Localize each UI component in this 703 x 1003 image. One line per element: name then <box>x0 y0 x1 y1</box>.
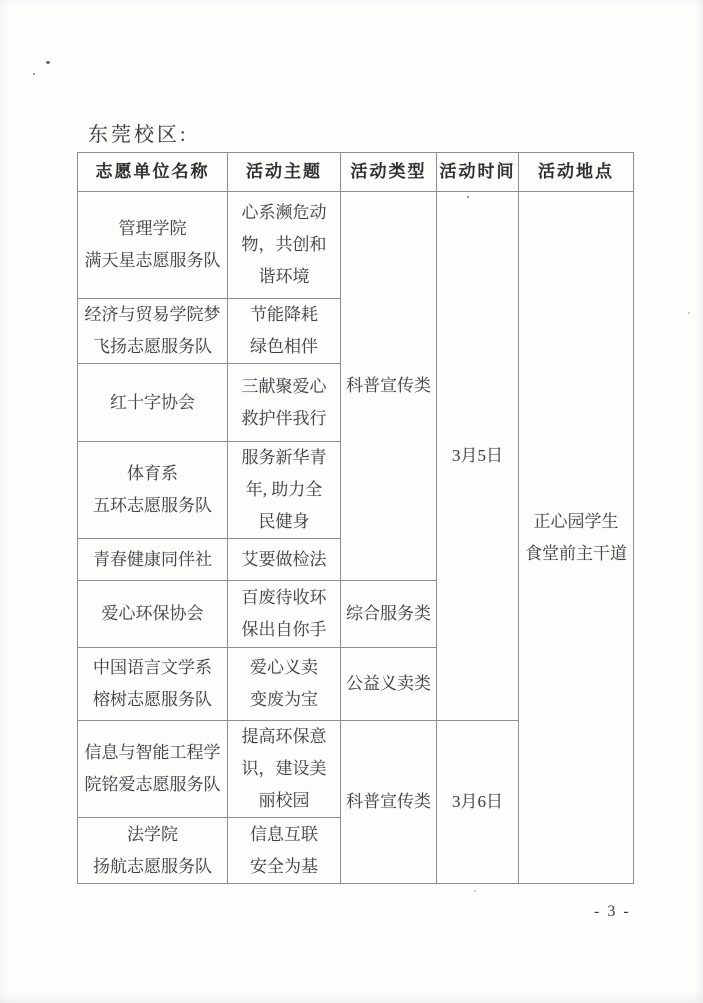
time-cell: 3月5日 <box>437 192 519 721</box>
table-row: 管理学院 满天星志愿服务队 心系濒危动 物，共创和 谐环境 科普宣传类 3月5日… <box>78 192 634 299</box>
type-cell: 综合服务类 <box>341 581 437 648</box>
unit-cell: 红十字协会 <box>78 364 228 442</box>
unit-cell: 经济与贸易学院梦 飞扬志愿服务队 <box>78 299 228 364</box>
scan-speck <box>474 890 476 892</box>
col-header-type: 活动类型 <box>341 153 437 192</box>
theme-cell: 节能降耗 绿色相伴 <box>228 299 341 364</box>
theme-cell: 艾要做检法 <box>228 539 341 581</box>
unit-cell: 爱心环保协会 <box>78 581 228 648</box>
page-number: - 3 - <box>594 903 631 921</box>
campus-title: 东莞校区: <box>88 118 189 147</box>
theme-cell: 服务新华青 年, 助力全 民健身 <box>228 442 341 539</box>
col-header-unit: 志愿单位名称 <box>78 153 228 192</box>
col-header-time: 活动时间 <box>437 153 519 192</box>
activities-table: 志愿单位名称 活动主题 活动类型 活动时间 活动地点 管理学院 满天星志愿服务队… <box>77 152 634 884</box>
scan-speck <box>467 196 469 198</box>
unit-cell: 管理学院 满天星志愿服务队 <box>78 192 228 299</box>
scanned-page: 东莞校区: 志愿单位名称 活动主题 活动类型 活动时间 活动地点 管理学院 满天… <box>0 0 703 1003</box>
col-header-location: 活动地点 <box>519 153 634 192</box>
theme-cell: 百废待收环 保出自你手 <box>228 581 341 648</box>
theme-cell: 信息互联 安全为基 <box>228 818 341 884</box>
unit-cell: 中国语言文学系 榕树志愿服务队 <box>78 648 228 721</box>
type-cell: 公益义卖类 <box>341 648 437 721</box>
scan-speck <box>688 312 690 314</box>
theme-cell: 提高环保意 识，建设美 丽校园 <box>228 721 341 818</box>
unit-cell: 青春健康同伴社 <box>78 539 228 581</box>
scan-speck <box>46 61 50 64</box>
theme-cell: 心系濒危动 物，共创和 谐环境 <box>228 192 341 299</box>
scan-speck <box>33 73 35 75</box>
type-cell: 科普宣传类 <box>341 721 437 884</box>
unit-cell: 法学院 扬航志愿服务队 <box>78 818 228 884</box>
location-cell: 正心园学生 食堂前主干道 <box>519 192 634 884</box>
header-row: 志愿单位名称 活动主题 活动类型 活动时间 活动地点 <box>78 153 634 192</box>
time-cell: 3月6日 <box>437 721 519 884</box>
unit-cell: 信息与智能工程学 院铭爱志愿服务队 <box>78 721 228 818</box>
col-header-theme: 活动主题 <box>228 153 341 192</box>
theme-cell: 三献聚爱心 救护伴我行 <box>228 364 341 442</box>
unit-cell: 体育系 五环志愿服务队 <box>78 442 228 539</box>
type-cell: 科普宣传类 <box>341 192 437 581</box>
theme-cell: 爱心义卖 变废为宝 <box>228 648 341 721</box>
